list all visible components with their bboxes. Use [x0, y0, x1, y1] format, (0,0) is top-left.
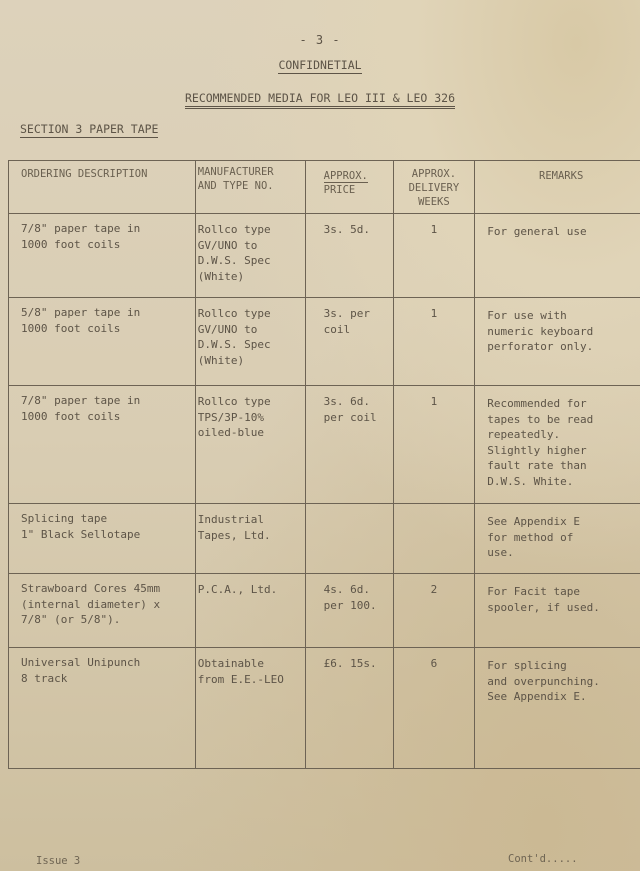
- header-manufacturer: MANUFACTURER AND TYPE NO.: [195, 161, 305, 214]
- section-heading: SECTION 3 PAPER TAPE: [20, 122, 158, 136]
- section-heading-text: SECTION 3 PAPER TAPE: [20, 122, 158, 138]
- cell-manufacturer: Rollco type TPS/3P-10% oiled-blue: [195, 386, 305, 504]
- header-ordering-description: ORDERING DESCRIPTION: [9, 161, 196, 214]
- header-remarks: REMARKS: [475, 161, 640, 214]
- cell-price: [305, 504, 393, 574]
- table-row: 7/8" paper tape in 1000 foot coils Rollc…: [9, 214, 640, 298]
- cell-description: 7/8" paper tape in 1000 foot coils: [9, 214, 196, 298]
- table-row: Strawboard Cores 45mm (internal diameter…: [9, 574, 640, 648]
- cell-delivery: 6: [393, 648, 475, 769]
- cell-manufacturer: P.C.A., Ltd.: [195, 574, 305, 648]
- media-table: ORDERING DESCRIPTION MANUFACTURER AND TY…: [8, 160, 640, 769]
- header-price: APPROX. PRICE: [305, 161, 393, 214]
- table-row: 5/8" paper tape in 1000 foot coils Rollc…: [9, 298, 640, 386]
- cell-description: Splicing tape 1" Black Sellotape: [9, 504, 196, 574]
- cell-delivery: 1: [393, 298, 475, 386]
- cell-description: 5/8" paper tape in 1000 foot coils: [9, 298, 196, 386]
- table-header-row: ORDERING DESCRIPTION MANUFACTURER AND TY…: [9, 161, 640, 214]
- cell-price: 3s. 5d.: [305, 214, 393, 298]
- table-row: 7/8" paper tape in 1000 foot coils Rollc…: [9, 386, 640, 504]
- cell-delivery: 1: [393, 214, 475, 298]
- cell-price: 3s. per coil: [305, 298, 393, 386]
- continued-label: Cont'd.....: [508, 853, 578, 865]
- table-row: Splicing tape 1" Black Sellotape Industr…: [9, 504, 640, 574]
- cell-manufacturer: Obtainable from E.E.-LEO: [195, 648, 305, 769]
- cell-remarks: See Appendix E for method of use.: [475, 504, 640, 574]
- cell-remarks: For use with numeric keyboard perforator…: [475, 298, 640, 386]
- cell-delivery: 1: [393, 386, 475, 504]
- cell-description: 7/8" paper tape in 1000 foot coils: [9, 386, 196, 504]
- classification-text: CONFIDNETIAL: [278, 58, 361, 74]
- cell-price: 4s. 6d. per 100.: [305, 574, 393, 648]
- cell-manufacturer: Industrial Tapes, Ltd.: [195, 504, 305, 574]
- document-title: RECOMMENDED MEDIA FOR LEO III & LEO 326: [0, 91, 640, 105]
- cell-delivery: [393, 504, 475, 574]
- document-title-text: RECOMMENDED MEDIA FOR LEO III & LEO 326: [185, 91, 455, 109]
- cell-description: Strawboard Cores 45mm (internal diameter…: [9, 574, 196, 648]
- cell-price: £6. 15s.: [305, 648, 393, 769]
- cell-price: 3s. 6d. per coil: [305, 386, 393, 504]
- issue-label: Issue 3: [36, 855, 80, 867]
- cell-remarks: For Facit tape spooler, if used.: [475, 574, 640, 648]
- page-number: - 3 -: [0, 33, 640, 47]
- cell-remarks: For general use: [475, 214, 640, 298]
- table-row: Universal Unipunch 8 track Obtainable fr…: [9, 648, 640, 769]
- cell-remarks: Recommended for tapes to be read repeate…: [475, 386, 640, 504]
- classification-label: CONFIDNETIAL: [0, 58, 640, 72]
- cell-remarks: For splicing and overpunching. See Appen…: [475, 648, 640, 769]
- cell-manufacturer: Rollco type GV/UNO to D.W.S. Spec (White…: [195, 214, 305, 298]
- cell-description: Universal Unipunch 8 track: [9, 648, 196, 769]
- cell-manufacturer: Rollco type GV/UNO to D.W.S. Spec (White…: [195, 298, 305, 386]
- cell-delivery: 2: [393, 574, 475, 648]
- header-delivery-weeks: APPROX. DELIVERY WEEKS: [393, 161, 475, 214]
